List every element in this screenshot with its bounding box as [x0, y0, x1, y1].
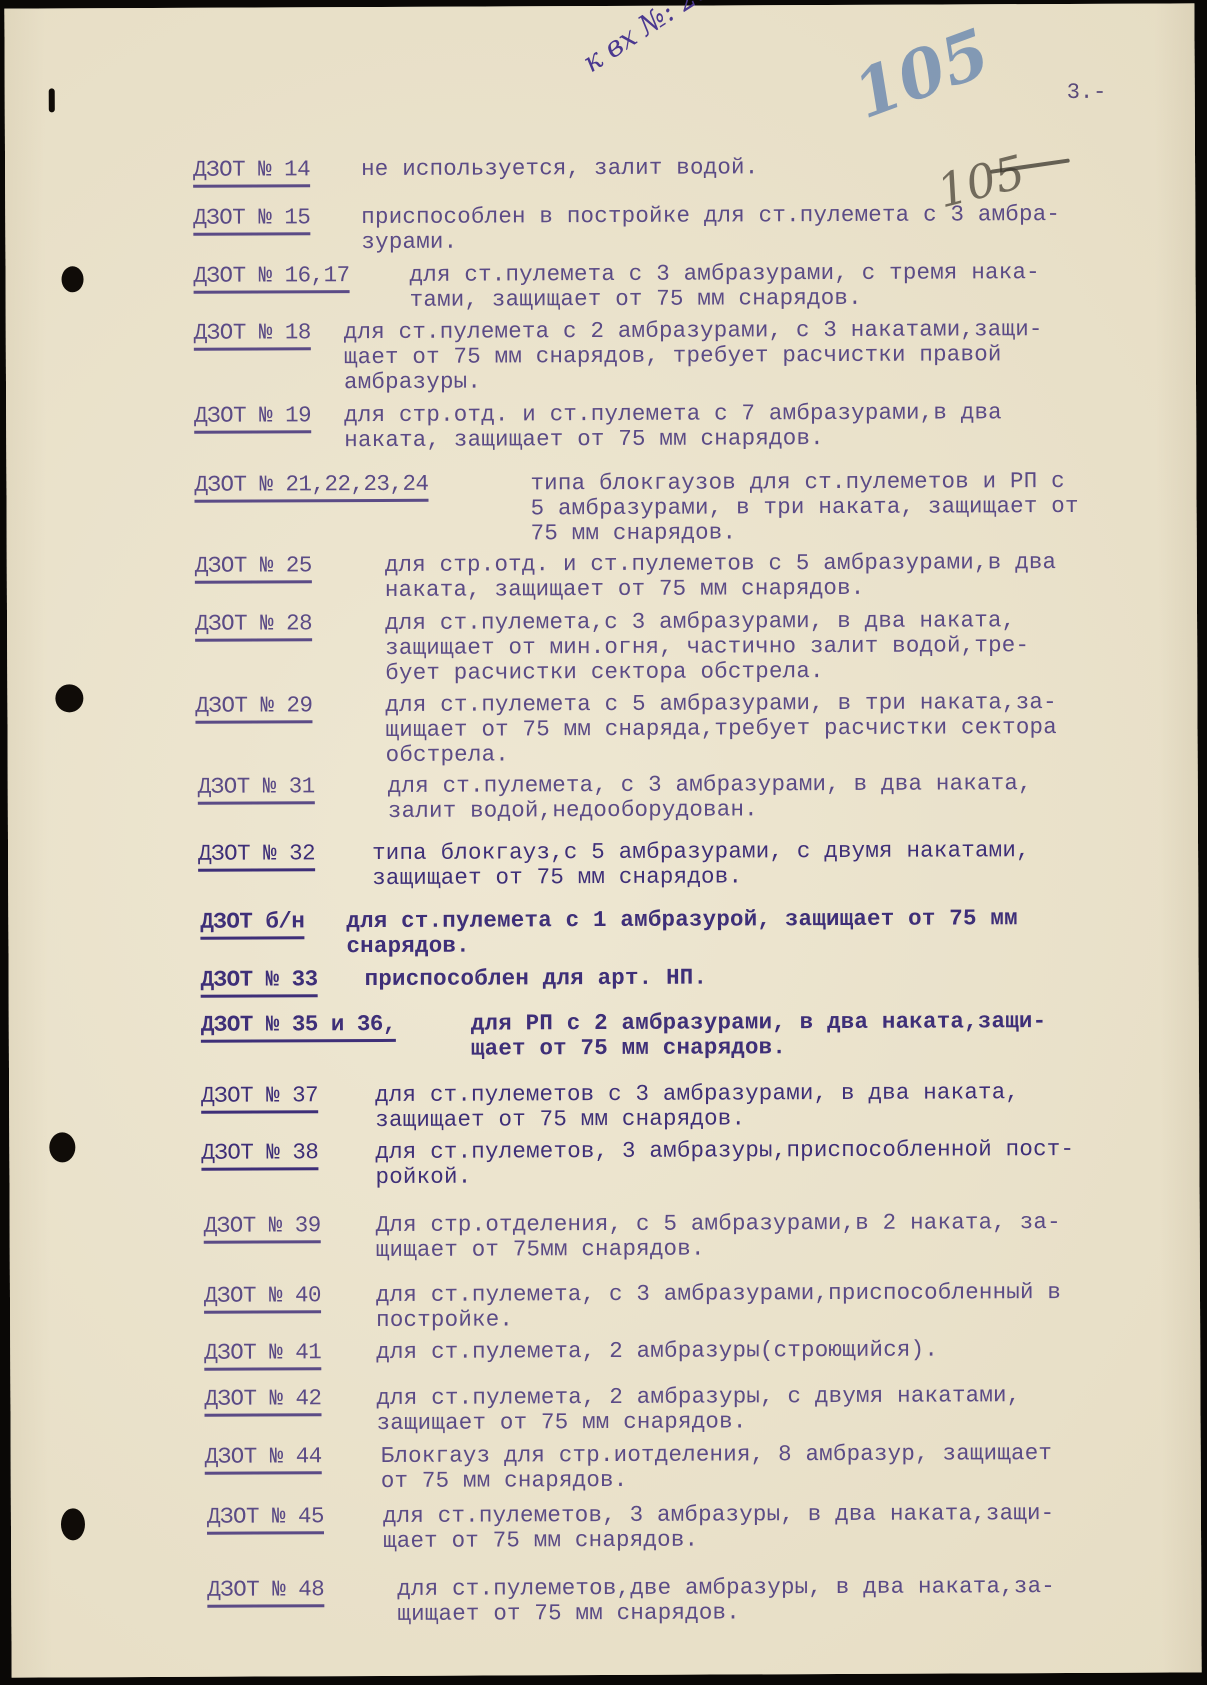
- dzot-label: ДЗОТ № 37: [201, 1083, 318, 1114]
- dzot-description: не используется, залит водой.: [361, 154, 1161, 182]
- dzot-label: ДЗОТ № 35 и 36,: [201, 1012, 396, 1043]
- dzot-description: для ст.пулеметов с 3 амбразурами, в два …: [375, 1080, 1175, 1133]
- dzot-description: приспособлен для арт. НП.: [365, 964, 1165, 992]
- dzot-description: приспособлен в постройке для ст.пулемета…: [361, 201, 1201, 255]
- dzot-label: ДЗОТ № 25: [195, 553, 312, 584]
- dzot-description: для ст.пулеметов, 3 амбразуры,приспособл…: [375, 1136, 1205, 1190]
- dzot-entry-list: ДЗОТ № 14 не используется, залит водой. …: [4, 3, 1201, 1677]
- dzot-description: для ст.пулеметов, 3 амбразуры, в два нак…: [383, 1500, 1207, 1554]
- dzot-label: ДЗОТ № 32: [198, 841, 315, 872]
- dzot-description: для ст.пулемета с 3 амбразурами, с тремя…: [409, 259, 1207, 312]
- dzot-description: для ст.пулемета, с 3 амбразурами,приспос…: [376, 1279, 1206, 1333]
- document-page: к вх №: 2823 105 105 3.- ДЗОТ № 14 не ис…: [4, 3, 1201, 1677]
- dzot-description: Блокгауз для стр.иотделения, 8 амбразур,…: [381, 1440, 1207, 1494]
- dzot-description: для ст.пулемета с 1 амбразурой, защищает…: [346, 905, 1186, 959]
- dzot-label: ДЗОТ б/н: [200, 909, 304, 939]
- dzot-description: типа блокгауз,с 5 амбразурами, с двумя н…: [372, 838, 1172, 891]
- dzot-label: ДЗОТ № 42: [204, 1386, 321, 1417]
- dzot-label: ДЗОТ № 28: [195, 611, 312, 642]
- dzot-label: ДЗОТ № 33: [201, 967, 318, 998]
- dzot-description: для стр.отд. и ст.пулеметов с 5 амбразур…: [385, 549, 1205, 603]
- dzot-description: для ст.пулеметов,две амбразуры, в два на…: [397, 1573, 1207, 1627]
- dzot-description: для ст.пулемета с 2 амбразурами, с 3 нак…: [344, 316, 1184, 395]
- dzot-label: ДЗОТ № 19: [194, 403, 311, 434]
- dzot-label: ДЗОТ № 15: [193, 205, 310, 236]
- dzot-label: ДЗОТ № 14: [193, 157, 310, 188]
- dzot-label: ДЗОТ № 31: [198, 774, 315, 805]
- dzot-description: для ст.пулемета, 2 амбразуры, с двумя на…: [376, 1382, 1206, 1436]
- dzot-description: для РП с 2 амбразурами, в два наката,защ…: [471, 1009, 1171, 1062]
- dzot-description: Для стр.отделения, с 5 амбразурами,в 2 н…: [376, 1209, 1206, 1263]
- dzot-label: ДЗОТ № 21,22,23,24: [194, 472, 428, 503]
- dzot-label: ДЗОТ № 41: [204, 1340, 321, 1371]
- dzot-description: для ст.пулемета, с 3 амбразурами, в два …: [388, 770, 1188, 823]
- dzot-label: ДЗОТ № 40: [204, 1283, 321, 1314]
- dzot-label: ДЗОТ № 39: [204, 1213, 321, 1244]
- dzot-label: ДЗОТ № 48: [207, 1577, 324, 1608]
- dzot-label: ДЗОТ № 18: [194, 320, 311, 351]
- dzot-description: для стр.отд. и ст.пулемета с 7 амбразура…: [344, 399, 1184, 453]
- dzot-label: ДЗОТ № 29: [195, 693, 312, 724]
- dzot-label: ДЗОТ № 44: [205, 1444, 322, 1475]
- dzot-label: ДЗОТ № 38: [201, 1140, 318, 1171]
- dzot-label: ДЗОТ № 16,17: [193, 263, 349, 294]
- dzot-description: типа блокгаузов для ст.пулеметов и РП с …: [530, 468, 1190, 546]
- dzot-description: для ст.пулемета с 5 амбразурами, в три н…: [385, 689, 1205, 768]
- dzot-description: для ст.пулемета,с 3 амбразурами, в два н…: [385, 607, 1205, 686]
- dzot-label: ДЗОТ № 45: [207, 1504, 324, 1535]
- dzot-description: для ст.пулемета, 2 амбразуры(строющийся)…: [376, 1336, 1206, 1365]
